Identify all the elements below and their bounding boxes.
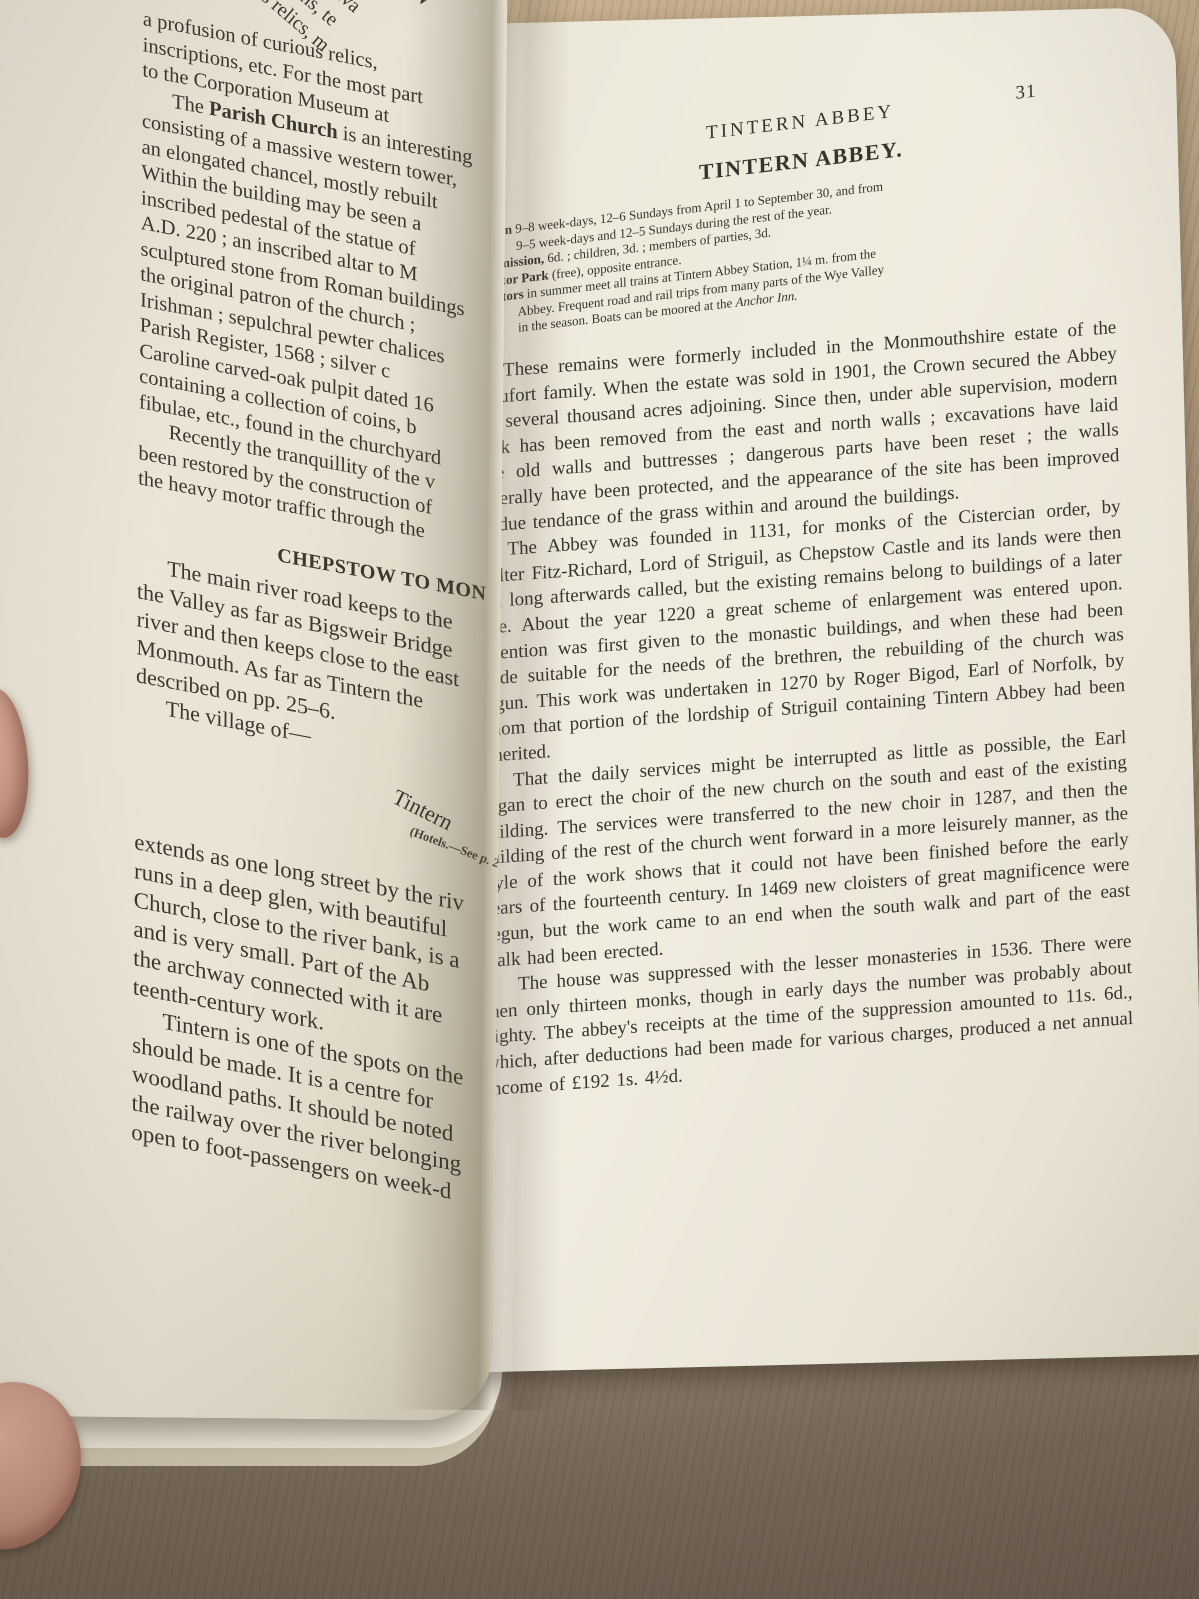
running-head: TINTERN ABBEY <box>706 101 894 144</box>
page-header-group: TINTERN ABBEY 31 TINTERN ABBEY. Open 9–8… <box>446 71 1159 344</box>
right-book-page: TINTERN ABBEY 31 TINTERN ABBEY. Open 9–8… <box>421 7 1199 1373</box>
right-page-text-column: TINTERN ABBEY 31 TINTERN ABBEY. Open 9–8… <box>444 44 1179 1103</box>
body-paragraph: The Abbey was founded in 1131, for monks… <box>473 494 1126 770</box>
article-body: These remains were formerly included in … <box>469 315 1134 1102</box>
left-page-text-column: a profusion of curious relics, inscripti… <box>131 7 492 1211</box>
page-number: 31 <box>1015 81 1036 105</box>
running-head-fragment: TERN <box>384 0 436 11</box>
left-book-page: lic and priva lic baths, te ous relics, … <box>0 0 508 1421</box>
